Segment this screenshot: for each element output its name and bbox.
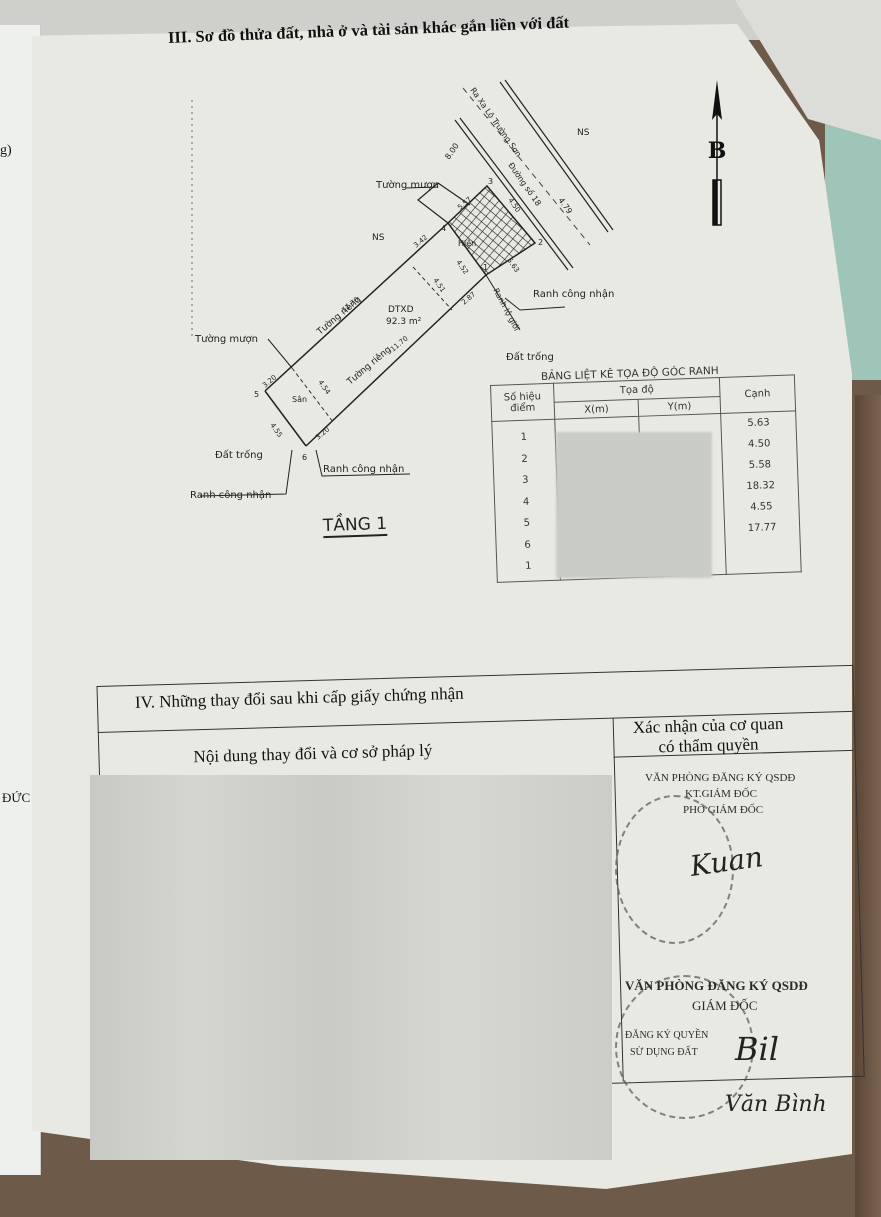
svg-text:4.79: 4.79	[556, 196, 574, 216]
column-confirm-header: Xác nhận của cơ quan	[633, 714, 784, 738]
header-edge: Cạnh	[719, 375, 795, 414]
svg-text:6: 6	[302, 453, 307, 462]
svg-text:4.51: 4.51	[431, 277, 446, 294]
point-column: 1 2 3 4 5 6 1	[492, 419, 561, 582]
setback-line-label: Ranh lộ giới	[491, 286, 522, 332]
borrowed-wall-label: Tường mượn	[375, 179, 439, 191]
recognized-boundary-label: Ranh công nhận	[190, 489, 271, 501]
redacted-content	[90, 775, 612, 1160]
svg-text:5: 5	[254, 390, 259, 399]
svg-text:2: 2	[538, 238, 543, 247]
private-wall-label: Tường riêng	[344, 344, 393, 388]
svg-text:3.20: 3.20	[314, 425, 331, 441]
road-label: Ra Xa Lộ Trường Sơn	[468, 85, 523, 158]
svg-text:2.87: 2.87	[460, 290, 477, 306]
empty-land-label: Đất trống	[506, 351, 554, 363]
recognized-boundary-label: Ranh công nhận	[323, 463, 404, 475]
svg-text:5.63: 5.63	[505, 257, 520, 274]
signature: Bil	[735, 1030, 779, 1068]
area-value: 92.3 m²	[386, 317, 422, 327]
svg-text:4: 4	[441, 224, 446, 233]
empty-land-label: Đất trống	[215, 449, 263, 461]
stamp-office: VĂN PHÒNG ĐĂNG KÝ QSDĐ	[625, 978, 808, 994]
redacted-coordinates	[556, 432, 712, 578]
edge-column: 5.63 4.50 5.58 18.32 4.55 17.77	[721, 411, 802, 575]
recognized-boundary-label: Ranh công nhận	[533, 288, 614, 300]
private-wall-label: Tường riêng	[314, 294, 363, 338]
svg-text:8.00: 8.00	[443, 141, 461, 161]
svg-text:4.52: 4.52	[454, 259, 469, 276]
header-point: Số hiệu điểm	[491, 383, 555, 421]
svg-text:NS: NS	[372, 233, 385, 243]
borrowed-wall-label: Tường mượn	[194, 333, 258, 345]
existing-label: Hiện	[458, 238, 476, 248]
svg-text:4.54: 4.54	[316, 379, 332, 397]
area-label: DTXD	[388, 305, 414, 315]
svg-text:4.55: 4.55	[268, 422, 283, 439]
svg-text:1: 1	[483, 263, 488, 272]
stamp-office: VĂN PHÒNG ĐĂNG KÝ QSDĐ	[645, 772, 795, 784]
courtyard-label: Sân	[292, 395, 307, 404]
svg-text:3: 3	[488, 177, 493, 186]
svg-text:NS: NS	[577, 128, 590, 138]
floor-label: TẦNG 1	[323, 514, 388, 538]
signer-name: Văn Bình	[725, 1092, 827, 1117]
